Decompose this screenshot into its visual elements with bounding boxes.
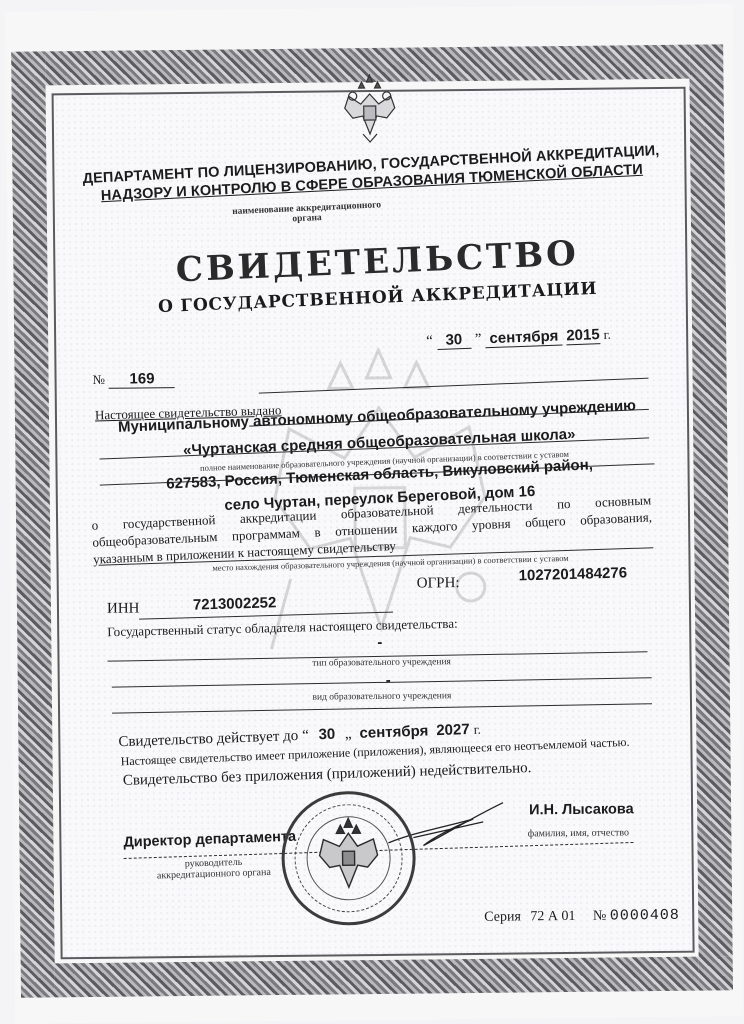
issue-date-open-quote: “ <box>426 333 433 349</box>
series-value: 72 А 01 <box>530 909 575 924</box>
ogrn-label: ОГРН: <box>417 575 460 592</box>
valid-until-month: сентября <box>355 722 432 742</box>
double-headed-eagle-emblem-icon <box>336 74 403 147</box>
serial-value: 0000408 <box>610 907 680 925</box>
seal-eagle-icon <box>281 791 416 926</box>
valid-until-open-quote: “ <box>302 728 309 744</box>
issue-date-close-quote: ” <box>475 331 482 347</box>
institution-kind-caption: вид образовательного учреждения <box>292 691 472 703</box>
institution-type-value: - <box>377 634 382 651</box>
number-label: № <box>92 372 105 387</box>
signer-name: И.Н. Лысакова <box>529 801 634 818</box>
valid-until-year: 2027 <box>436 721 470 739</box>
valid-until-day: 30 <box>313 726 342 744</box>
official-seal <box>281 791 416 926</box>
blank-series: Серия 72 А 01 № 0000408 <box>484 907 680 926</box>
signer-name-caption: фамилия, имя, отчество <box>513 827 643 839</box>
series-label: Серия <box>484 909 521 924</box>
ogrn-value: 1027201484276 <box>518 564 627 584</box>
valid-until-suffix: г. <box>473 722 481 737</box>
certificate-number: № 169 <box>92 370 175 389</box>
institution-type-caption: тип образовательного учреждения <box>292 657 472 669</box>
inn-label: ИНН <box>107 600 140 617</box>
certificate-sheet: ДЕПАРТАМЕНТ ПО ЛИЦЕНЗИРОВАНИЮ, ГОСУДАРСТ… <box>5 4 744 1024</box>
number-value: 169 <box>109 370 175 389</box>
signer-position-caption: руководитель аккредитационного органа <box>143 856 284 882</box>
issue-date-month: сентября <box>485 327 562 348</box>
issue-date-suffix: г. <box>603 327 611 342</box>
issue-date-year: 2015 <box>566 326 600 345</box>
issue-date-day: 30 <box>437 331 472 350</box>
valid-until-close-quote: „ <box>345 726 352 742</box>
serial-label: № <box>593 909 607 924</box>
inn-value: 7213002252 <box>193 594 277 613</box>
institution-kind-value: - <box>386 672 391 689</box>
